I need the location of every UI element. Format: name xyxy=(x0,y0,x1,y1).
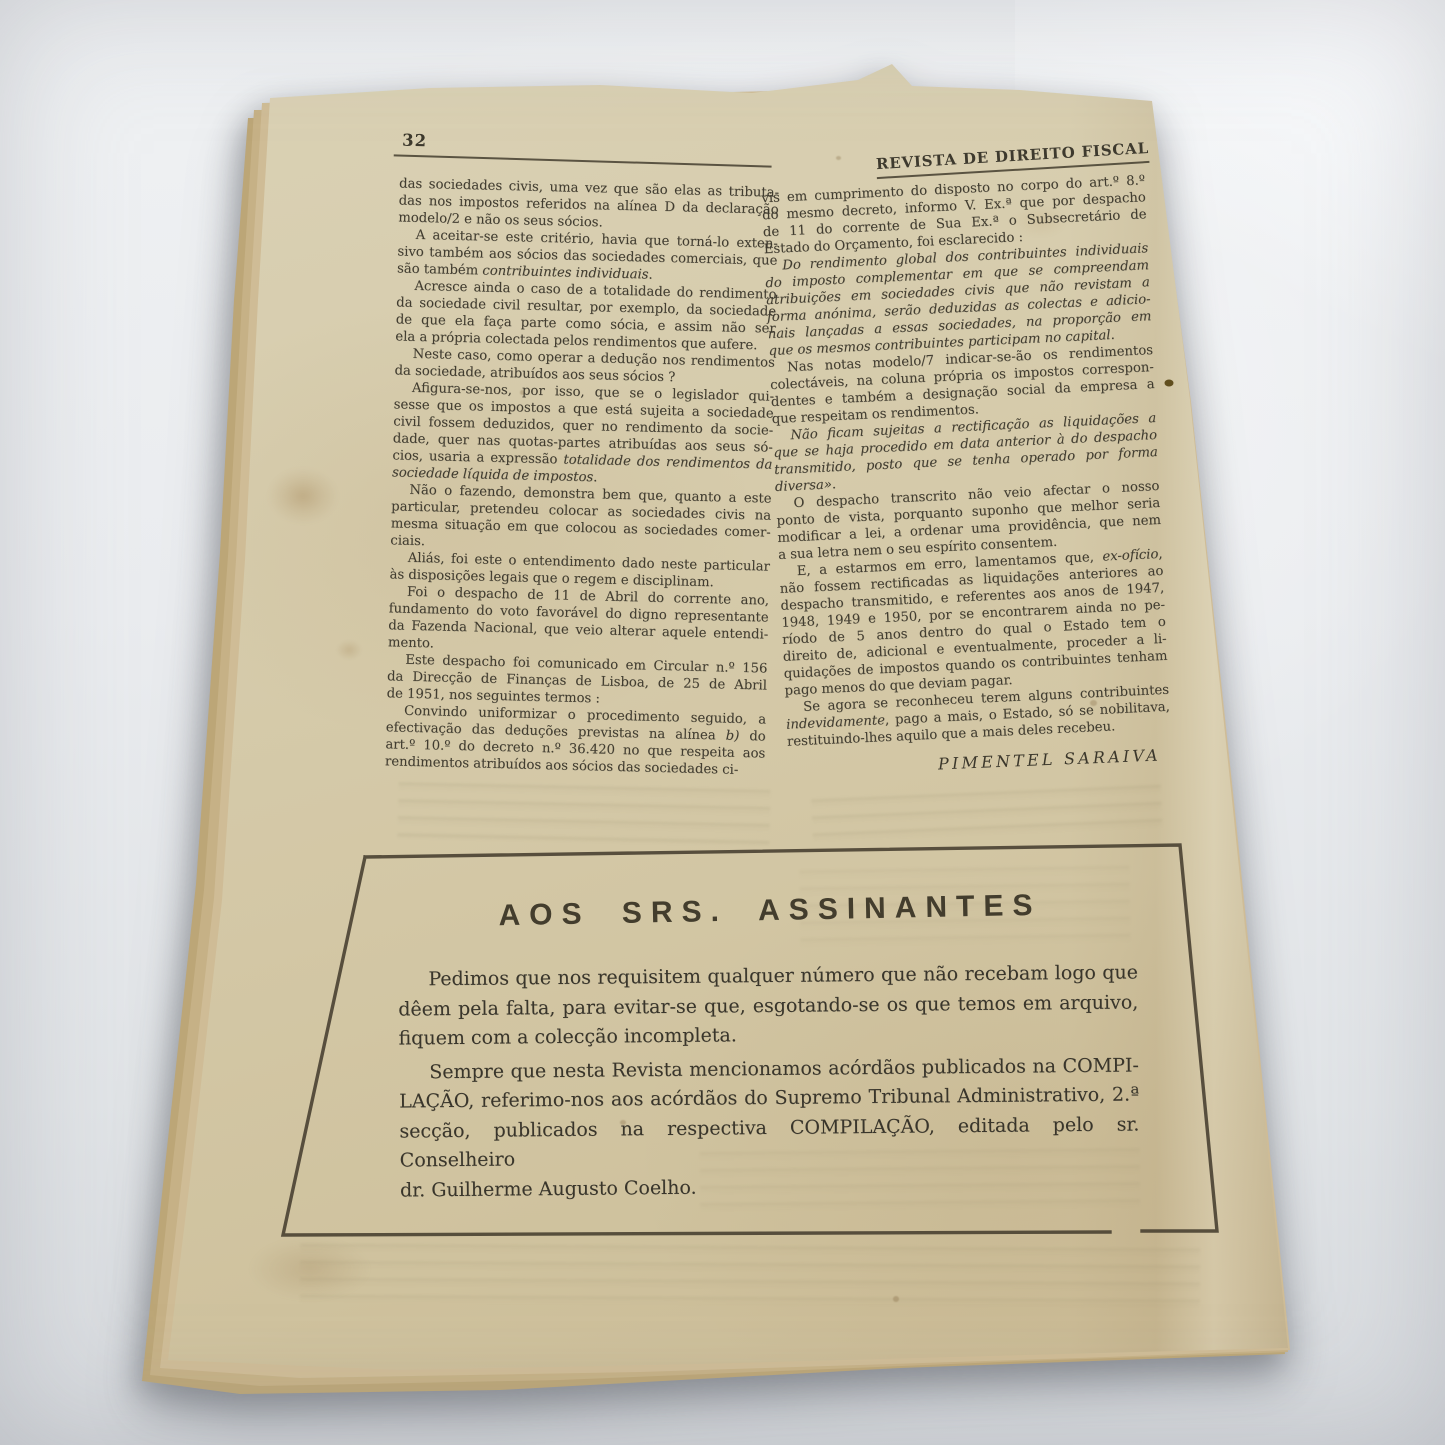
showthrough-ghost-text xyxy=(397,782,770,846)
paper-stain xyxy=(268,468,338,524)
paragraph: Sempre que nesta Revista mencionamos acó… xyxy=(399,1051,1140,1206)
paragraph: Acresce ainda o caso de a totalidade do … xyxy=(395,277,777,354)
page-header-left: 32 xyxy=(394,130,773,167)
paragraph: A aceitar-se este critério, havia que to… xyxy=(397,226,778,286)
left-column: das sociedades civis, uma vez que são el… xyxy=(385,175,779,779)
paragraph: Foi o despacho de 11 de Abril do corrent… xyxy=(388,583,770,660)
showthrough-ghost-text xyxy=(300,1244,1200,1317)
paragraph: Não o fazendo, demonstra bem que, quanto… xyxy=(390,481,772,558)
paragraph: Convindo uniformizar o procedimento segu… xyxy=(385,702,767,779)
text-line: secção, publicados na respectiva COMPILA… xyxy=(399,1110,1140,1176)
ink-speck xyxy=(1165,380,1174,387)
paragraph: E, a estarmos em erro, lamentamos que, e… xyxy=(779,546,1169,700)
paragraph: Afigura-se-nos, por isso, que se o legis… xyxy=(392,379,774,490)
notice-box-body: Pedimos que nos requisitem qualquer núme… xyxy=(398,958,1140,1205)
paragraph: das sociedades civis, uma vez que são el… xyxy=(398,175,779,235)
right-column: vis em cumprimento do disposto no corpo … xyxy=(761,172,1171,750)
paragraph: Do rendimento global dos contribuintes i… xyxy=(764,240,1152,360)
text-line: fiquem com a colecção incompleta. xyxy=(398,1017,1138,1054)
paragraph: Este despacho foi comunicado em Circular… xyxy=(386,651,767,711)
foxing-dot xyxy=(893,1296,899,1302)
showthrough-ghost-text xyxy=(811,785,1163,850)
ink-dot xyxy=(836,156,841,160)
photo-backdrop: 32 REVISTA DE DIREITO FISCAL das socieda… xyxy=(0,0,1445,1445)
paragraph: Pedimos que nos requisitem qualquer núme… xyxy=(398,958,1139,1054)
article-signature: PIMENTEL SARAIVA xyxy=(938,746,1161,774)
page-content: 32 REVISTA DE DIREITO FISCAL das socieda… xyxy=(0,0,1445,1445)
paper-stain xyxy=(336,640,362,660)
page-number: 32 xyxy=(402,131,428,151)
